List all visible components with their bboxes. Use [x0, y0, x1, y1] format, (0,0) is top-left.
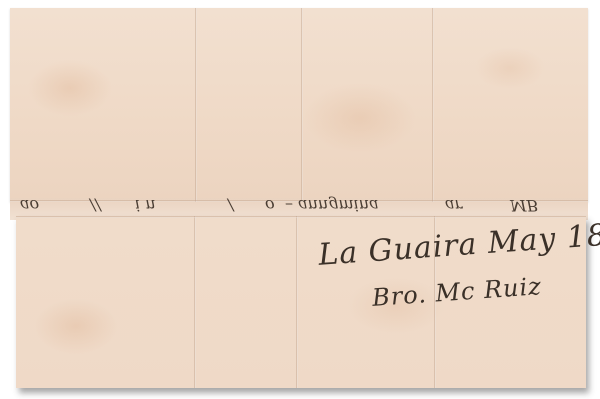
- upper-panel: [10, 8, 588, 202]
- fold-line: [16, 216, 586, 218]
- strip-fragment: i n: [135, 196, 156, 215]
- fold-line: [296, 216, 298, 388]
- strip-fragment: ar: [445, 196, 462, 215]
- strip-fragment: MB: [510, 196, 538, 215]
- strip-fragment: o: [265, 196, 275, 215]
- fold-line: [432, 8, 434, 202]
- strip-fragment: – anngmina: [285, 196, 379, 215]
- strip-fragment: /: [228, 196, 233, 215]
- strip-fragment: ao: [20, 196, 39, 215]
- fold-line: [301, 8, 303, 202]
- fold-line: [195, 8, 197, 202]
- strip-fragment: //: [90, 196, 101, 215]
- fold-line: [194, 216, 196, 388]
- folded-letter: ao // i n / o – anngmina ar MB La Guaira…: [0, 0, 600, 399]
